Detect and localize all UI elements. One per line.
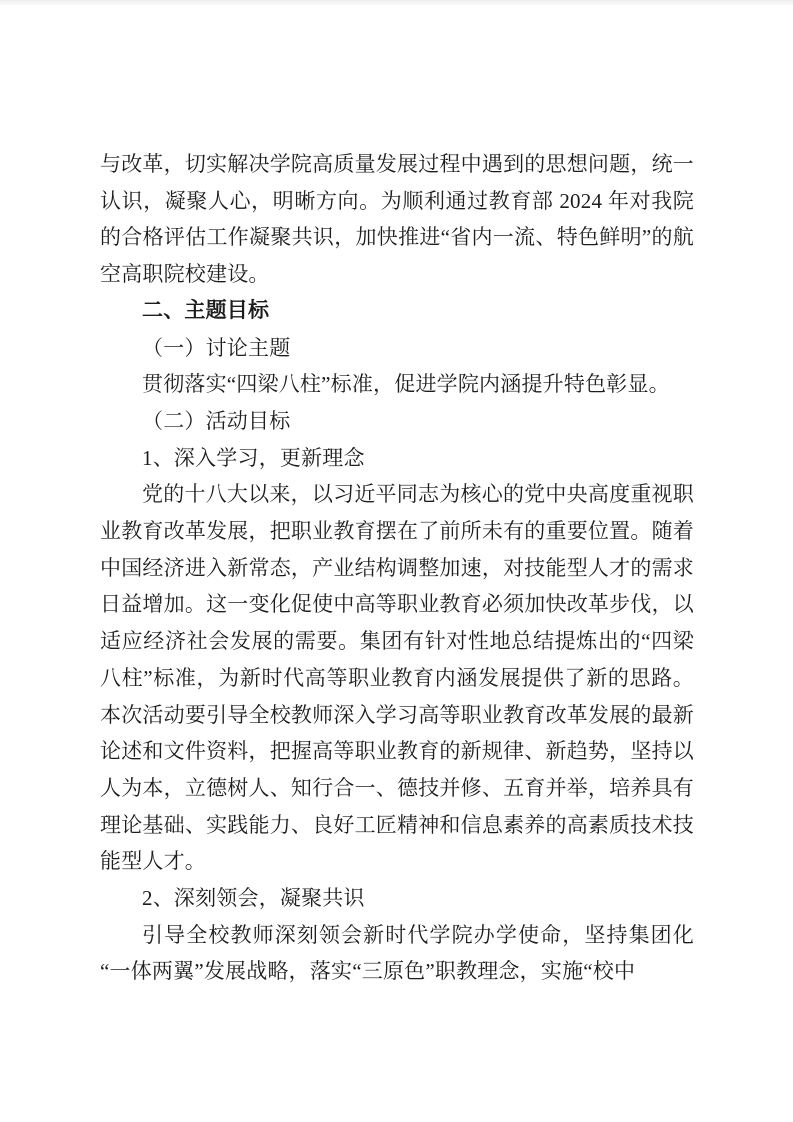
subsection-heading-discussion-topic: （一）讨论主题 bbox=[100, 330, 694, 367]
item-heading-consensus: 2、深刻领会，凝聚共识 bbox=[100, 880, 694, 917]
section-heading-topic-goals: 二、主题目标 bbox=[100, 293, 694, 330]
paragraph-continuation: 与改革，切实解决学院高质量发展过程中遇到的思想问题，统一认识，凝聚人心，明晰方向… bbox=[100, 146, 694, 293]
paragraph-deep-study: 党的十八大以来，以习近平同志为核心的党中央高度重视职业教育改革发展，把职业教育摆… bbox=[100, 476, 694, 880]
subsection-heading-activity-goals: （二）活动目标 bbox=[100, 403, 694, 440]
item-heading-deep-study: 1、深入学习，更新理念 bbox=[100, 440, 694, 477]
document-page: 与改革，切实解决学院高质量发展过程中遇到的思想问题，统一认识，凝聚人心，明晰方向… bbox=[0, 0, 793, 1122]
paragraph-consensus: 引导全校教师深刻领会新时代学院办学使命，坚持集团化“一体两翼”发展战略，落实“三… bbox=[100, 917, 694, 990]
paragraph-discussion-topic: 贯彻落实“四梁八柱”标准，促进学院内涵提升特色彰显。 bbox=[100, 366, 694, 403]
